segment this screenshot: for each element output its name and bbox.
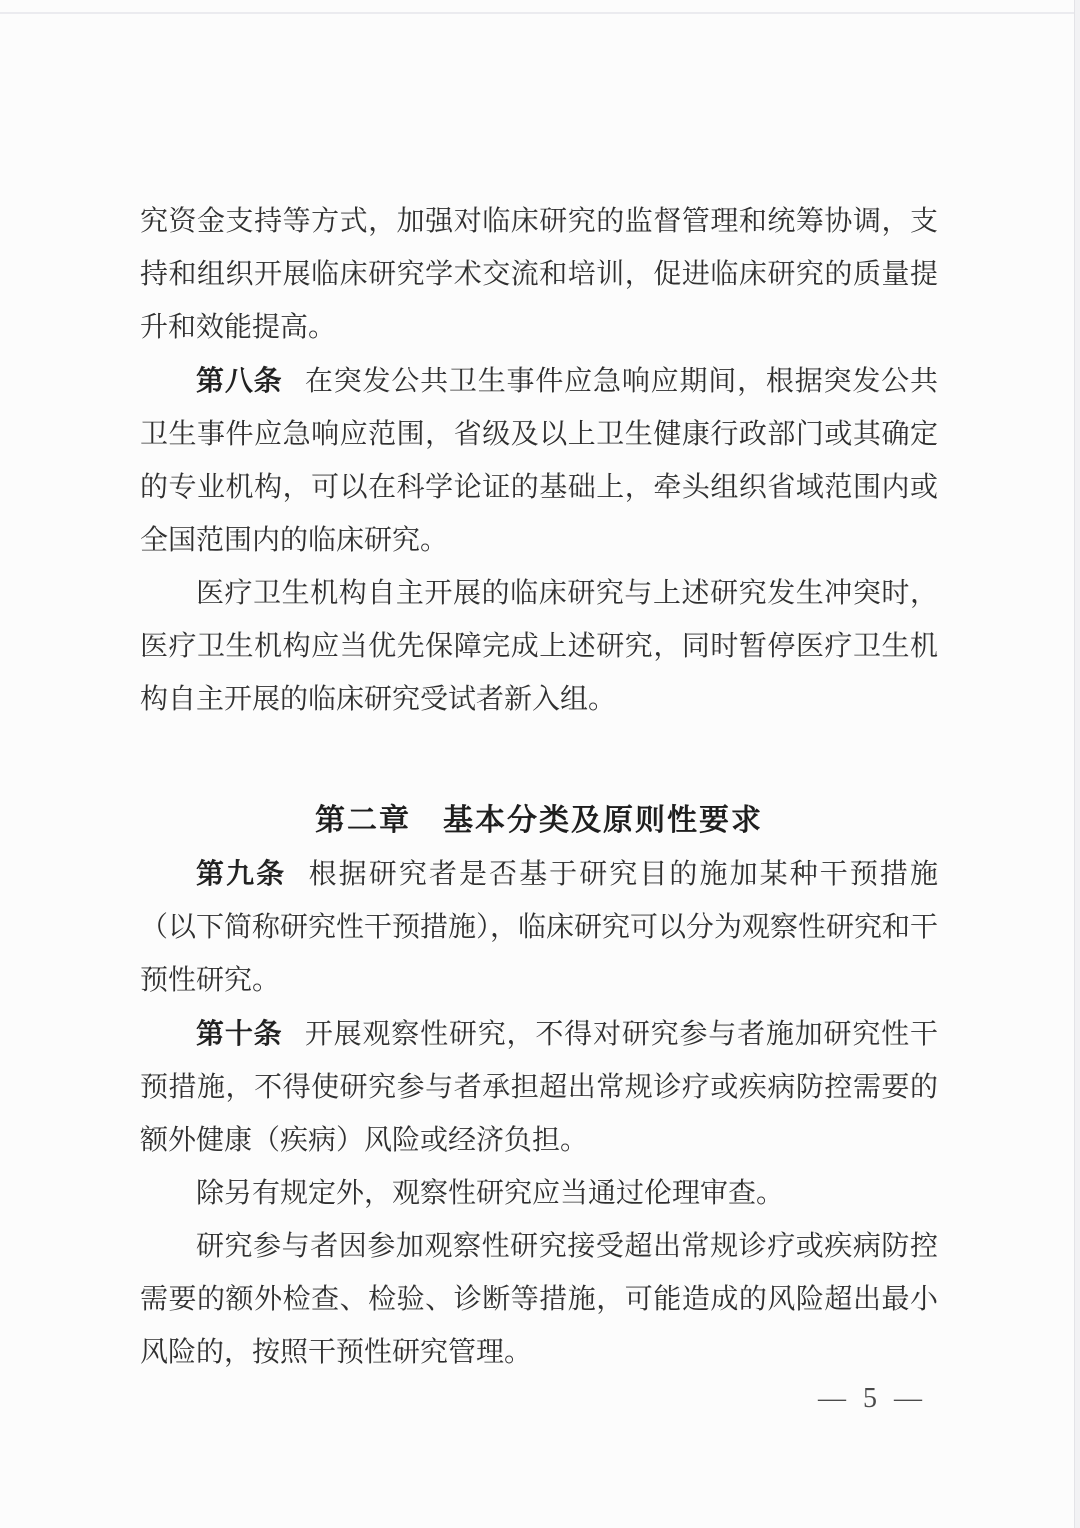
paragraph-article-8: 第八条在突发公共卫生事件应急响应期间，根据突发公共卫生事件应急响应范围，省级及以… — [140, 354, 938, 567]
paragraph-text: 除另有规定外，观察性研究应当通过伦理审查。 — [196, 1178, 784, 1209]
article-number-label: 第十条 — [196, 1018, 282, 1049]
page-number: — 5 — — [818, 1383, 922, 1415]
paragraph-article-10-supplement-1: 除另有规定外，观察性研究应当通过伦理审查。 — [140, 1167, 938, 1220]
article-number-label: 第八条 — [196, 365, 282, 396]
document-page: 究资金支持等方式，加强对临床研究的监督管理和统筹协调，支持和组织开展临床研究学术… — [0, 0, 1080, 1528]
paragraph-text: 研究参与者因参加观察性研究接受超出常规诊疗或疾病防控需要的额外检查、检验、诊断等… — [140, 1231, 938, 1368]
article-number-label: 第九条 — [196, 858, 286, 889]
paragraph-text: 医疗卫生机构自主开展的临床研究与上述研究发生冲突时，医疗卫生机构应当优先保障完成… — [140, 578, 938, 715]
scan-artifact-right-edge — [1074, 0, 1080, 1528]
paragraph-text: 究资金支持等方式，加强对临床研究的监督管理和统筹协调，支持和组织开展临床研究学术… — [140, 206, 938, 343]
scan-artifact-top-line — [0, 12, 1080, 14]
paragraph-article-9: 第九条根据研究者是否基于研究目的施加某种干预措施（以下简称研究性干预措施），临床… — [140, 847, 938, 1007]
chapter-heading: 第二章 基本分类及原则性要求 — [140, 794, 938, 847]
paragraph-article-10: 第十条开展观察性研究，不得对研究参与者施加研究性干预措施，不得使研究参与者承担超… — [140, 1007, 938, 1167]
paragraph-continuation: 究资金支持等方式，加强对临床研究的监督管理和统筹协调，支持和组织开展临床研究学术… — [140, 195, 938, 354]
paragraph-article-8-supplement: 医疗卫生机构自主开展的临床研究与上述研究发生冲突时，医疗卫生机构应当优先保障完成… — [140, 567, 938, 726]
paragraph-article-10-supplement-2: 研究参与者因参加观察性研究接受超出常规诊疗或疾病防控需要的额外检查、检验、诊断等… — [140, 1220, 938, 1379]
document-body: 究资金支持等方式，加强对临床研究的监督管理和统筹协调，支持和组织开展临床研究学术… — [140, 195, 938, 1379]
